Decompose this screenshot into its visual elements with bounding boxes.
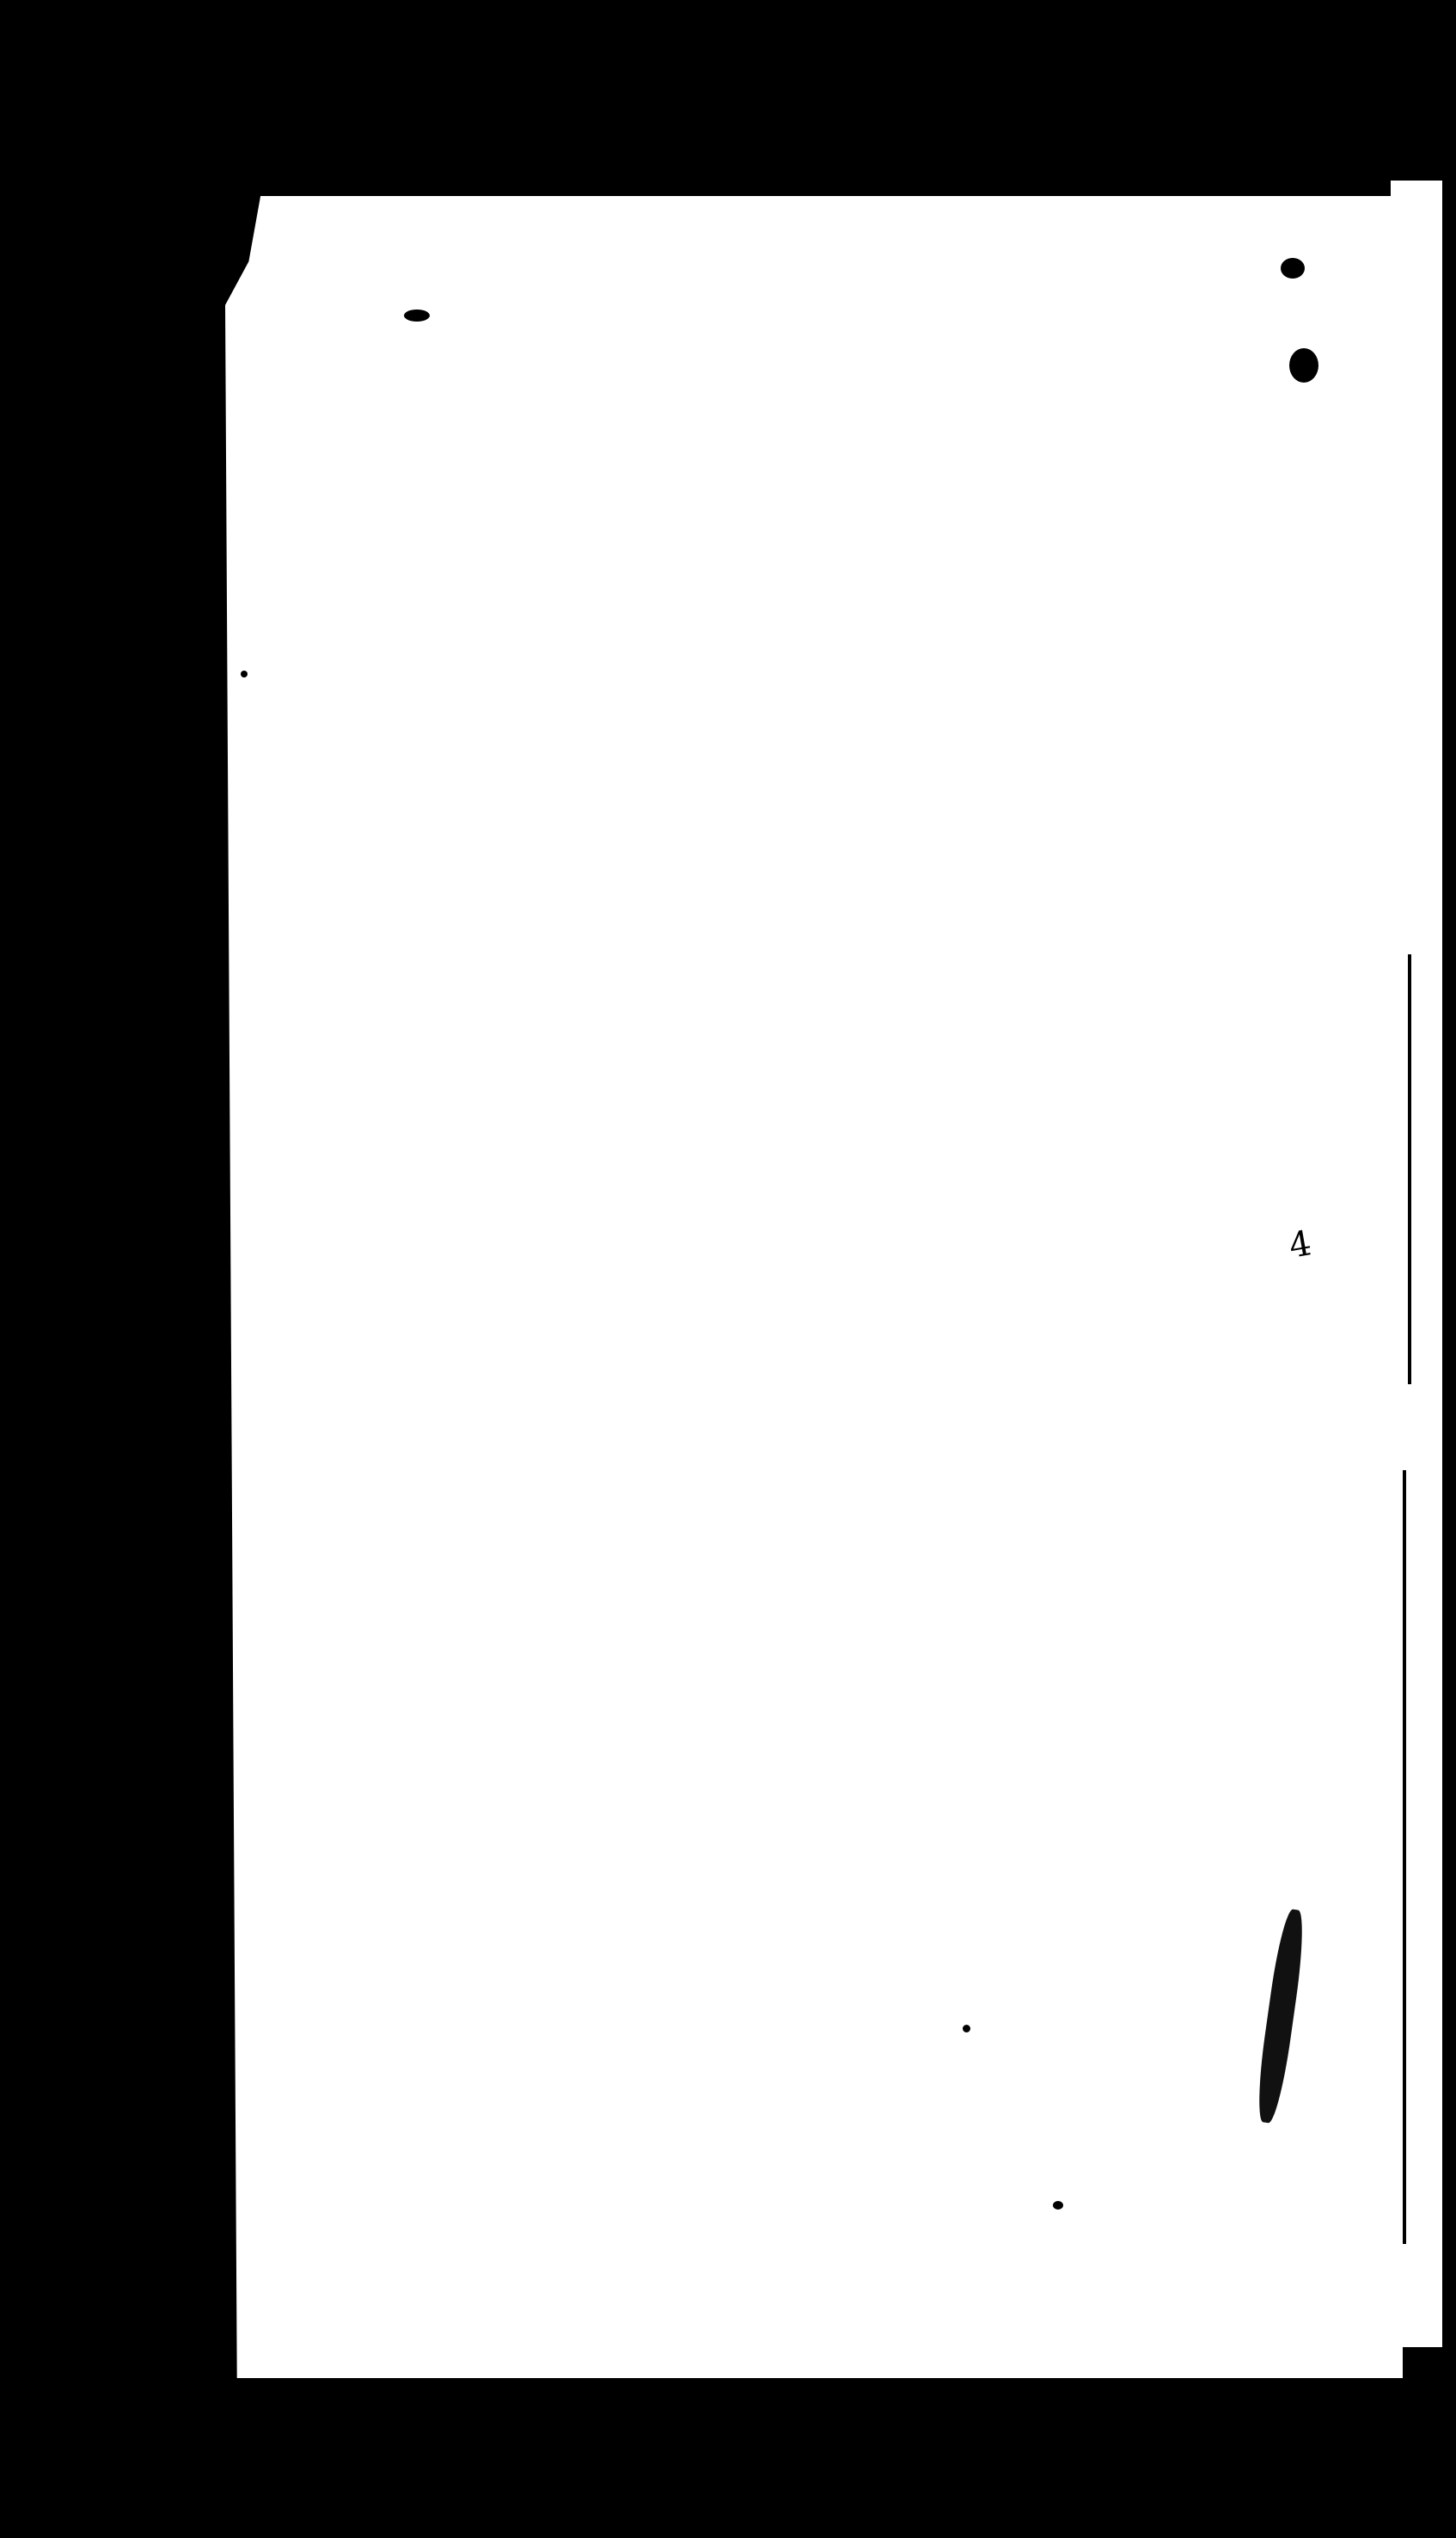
ink-speck: [241, 671, 248, 677]
ink-speck: [404, 310, 430, 322]
edge-line: [1408, 954, 1411, 1384]
scanned-page: [225, 196, 1403, 2378]
ink-speck: [1281, 258, 1305, 279]
ink-speck: [963, 2025, 970, 2032]
edge-line: [1403, 1470, 1406, 2244]
ink-speck: [1053, 2201, 1063, 2210]
ink-speck: [1289, 348, 1318, 383]
